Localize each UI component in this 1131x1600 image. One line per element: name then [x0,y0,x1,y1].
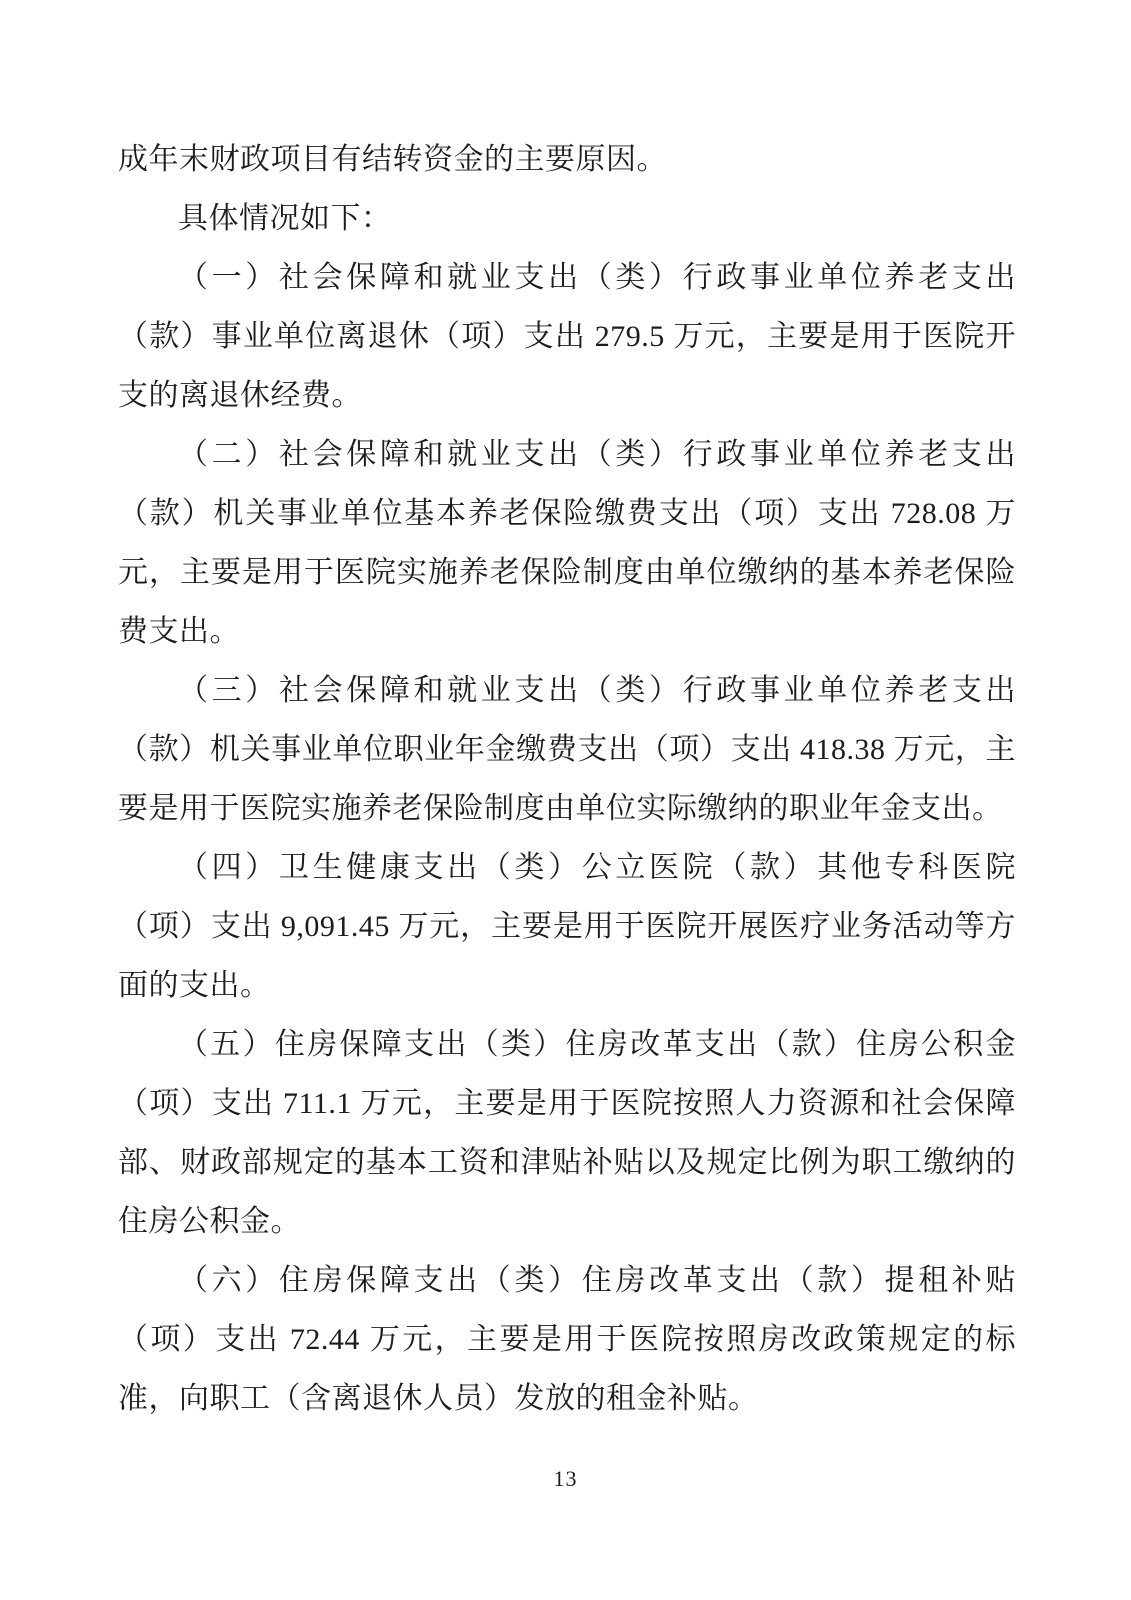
document-body: 成年末财政项目有结转资金的主要原因。具体情况如下：（一）社会保障和就业支出（类）… [118,130,1016,1428]
paragraph: （二）社会保障和就业支出（类）行政事业单位养老支出（款）机关事业单位基本养老保险… [118,425,1016,661]
paragraph: （四）卫生健康支出（类）公立医院（款）其他专科医院（项）支出 9,091.45 … [118,838,1016,1015]
paragraph: （一）社会保障和就业支出（类）行政事业单位养老支出（款）事业单位离退休（项）支出… [118,248,1016,425]
document-page: 成年末财政项目有结转资金的主要原因。具体情况如下：（一）社会保障和就业支出（类）… [0,0,1131,1600]
paragraph: （三）社会保障和就业支出（类）行政事业单位养老支出（款）机关事业单位职业年金缴费… [118,661,1016,838]
paragraph: 具体情况如下： [118,189,1016,248]
paragraph: （六）住房保障支出（类）住房改革支出（款）提租补贴（项）支出 72.44 万元，… [118,1251,1016,1428]
page-number: 13 [0,1466,1131,1492]
paragraph: （五）住房保障支出（类）住房改革支出（款）住房公积金（项）支出 711.1 万元… [118,1015,1016,1251]
paragraph: 成年末财政项目有结转资金的主要原因。 [118,130,1016,189]
